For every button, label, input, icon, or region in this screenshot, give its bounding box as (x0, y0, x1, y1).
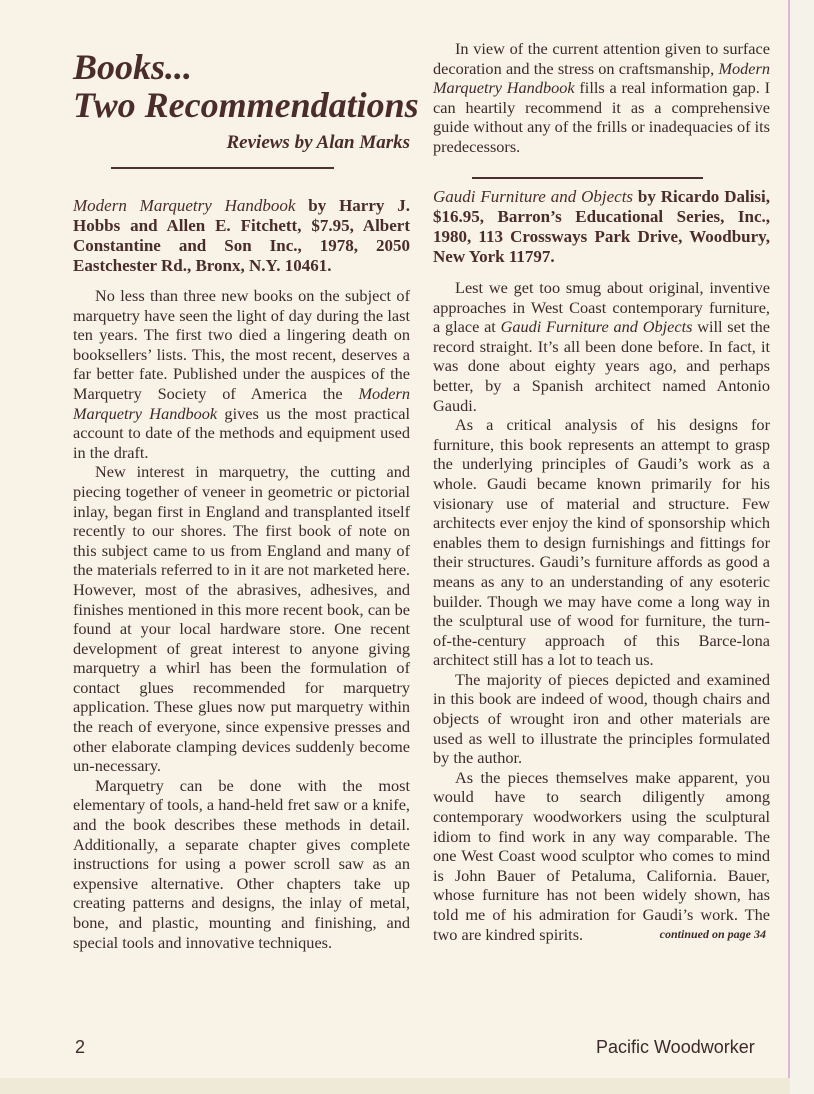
review2-paragraph: As a critical analysis of his designs fo… (433, 415, 770, 670)
divider-rule (111, 167, 334, 169)
page-number: 2 (75, 1037, 85, 1058)
text-run: As the pieces themselves make apparent, … (433, 768, 770, 944)
review1-book-title: Modern Marquetry Handbook (73, 196, 295, 215)
review1-paragraph: New interest in marquetry, the cutting a… (73, 462, 410, 776)
review2-body: Lest we get too smug about original, inv… (433, 278, 770, 944)
review1-body-left: No less than three new books on the subj… (73, 286, 410, 952)
page-bottom-strip (0, 1078, 790, 1094)
review1-paragraph: Marquetry can be done with the most elem… (73, 776, 410, 952)
byline: Reviews by Alan Marks (73, 132, 410, 154)
review2-citation: Gaudi Furniture and Objects by Ricardo D… (433, 187, 770, 267)
text-run: New interest in marquetry, the cutting a… (73, 462, 410, 775)
title-line-2: Two Recommendations (73, 85, 419, 125)
review1-paragraph: In view of the current attention given t… (433, 39, 770, 157)
review2-book-title: Gaudi Furniture and Objects (433, 187, 633, 206)
review2-paragraph: Lest we get too smug about original, inv… (433, 278, 770, 415)
review1-paragraph: No less than three new books on the subj… (73, 286, 410, 462)
article-title: Books... Two Recommendations (73, 48, 419, 124)
review1-body-right: In view of the current attention given t… (433, 39, 770, 157)
text-run: Marquetry can be done with the most elem… (73, 776, 410, 952)
title-line-1: Books... (73, 47, 192, 87)
text-run: The majority of pieces depicted and exam… (433, 670, 770, 767)
review2-paragraph: The majority of pieces depicted and exam… (433, 670, 770, 768)
text-run: As a critical analysis of his designs fo… (433, 415, 770, 669)
page-margin-strip (790, 0, 814, 1094)
publication-name: Pacific Woodworker (596, 1037, 755, 1058)
book-title-inline: Gaudi Furniture and Objects (501, 317, 693, 336)
divider-rule (472, 177, 703, 179)
review1-citation: Modern Marquetry Handbook by Harry J. Ho… (73, 196, 410, 276)
review2-paragraph: As the pieces themselves make apparent, … (433, 768, 770, 944)
continued-note: continued on page 34 (638, 925, 766, 945)
